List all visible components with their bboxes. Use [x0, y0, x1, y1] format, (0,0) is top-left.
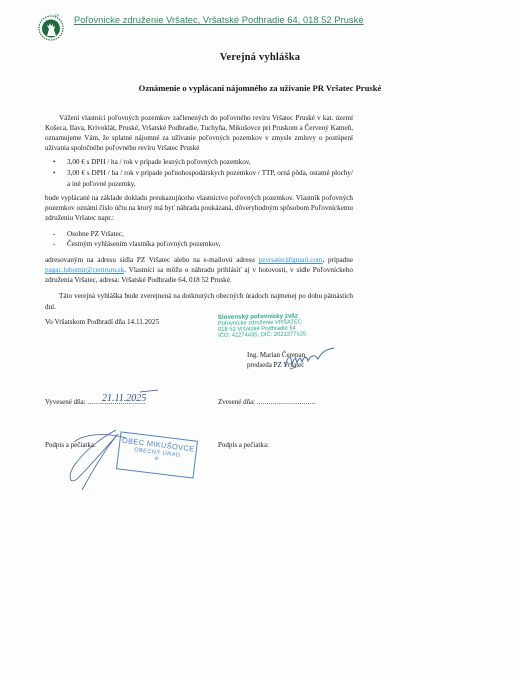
- email-link-pzvrsatec[interactable]: pzvrsatec@gmail.com: [259, 256, 323, 264]
- svg-text:SP: SP: [54, 13, 60, 18]
- deer-logo-icon: SP: [36, 12, 66, 42]
- chairman-signature-icon: [282, 345, 342, 373]
- address-text-2: , prípadne: [323, 256, 354, 264]
- rates-list: 3,00 € s DPH / ha / rok v prípade lesnýc…: [45, 157, 353, 188]
- stamp-line-4: IČO: 42274435, DIČ: 2021377525: [218, 331, 328, 339]
- place-date: Vo Vršatskom Podhradí dňa 14.11.2025: [45, 318, 159, 326]
- posted-label: Vyvesené dňa:: [45, 398, 86, 406]
- rate-forest: 3,00 € s DPH / ha / rok v prípade lesnýc…: [45, 157, 353, 167]
- removed-date-field: Zvesené dňa: ...........................…: [218, 398, 315, 406]
- closing-paragraph: Táto verejná vyhláška bude zverejnená na…: [45, 291, 353, 311]
- letterhead: SP Poľovnicke združenie Vršatec, Vršatsk…: [36, 12, 364, 42]
- document-subtitle: Oznámenie o vyplácaní nájomného za užíva…: [0, 83, 520, 93]
- municipal-stamp: OBEC MIKUŠOVCE OBECNÝ ÚRAD ④: [116, 431, 198, 478]
- rate-agricultural: 3,00 € s DPH / ha / rok v prípade poľnoh…: [45, 168, 353, 188]
- organization-address-link[interactable]: Poľovnicke združenie Vršatec, Vršatské P…: [74, 15, 364, 25]
- method-declaration: Čestným vyhlásením vlastníka poľovných p…: [45, 239, 353, 249]
- payment-paragraph: bude vyplácané na základe dokladu preuka…: [45, 193, 353, 223]
- handwritten-posted-date-icon: 21.11.2025: [100, 389, 160, 405]
- intro-paragraph: Vážení vlastníci poľovných pozemkov začl…: [45, 113, 353, 153]
- signature-label-right: Podpis a pečiatka:: [218, 441, 269, 449]
- document-title: Verejná vyhláška: [0, 52, 520, 63]
- email-link-pagac[interactable]: pagac.lubomir@centrum.sk: [45, 266, 124, 274]
- method-in-person: Osobne PZ Vršatec,: [45, 229, 353, 239]
- signature-label-left: Podpis a pečiatka:: [45, 441, 96, 449]
- removed-dots: ..............................: [257, 398, 316, 406]
- address-text-1: adresovaným na adresu sídla PZ Vršatec a…: [45, 256, 259, 264]
- removed-label: Zvesené dňa:: [218, 398, 255, 406]
- document-page: SP Poľovnicke združenie Vršatec, Vršatsk…: [0, 0, 520, 680]
- association-stamp: Slovenský poľovnícky zväz Poľovnícke zdr…: [218, 313, 328, 339]
- methods-list: Osobne PZ Vršatec, Čestným vyhlásením vl…: [45, 229, 353, 249]
- document-body: Vážení vlastníci poľovných pozemkov začl…: [45, 113, 353, 312]
- address-paragraph: adresovaným na adresu sídla PZ Vršatec a…: [45, 255, 353, 285]
- handwritten-posted-date: 21.11.2025: [102, 393, 146, 404]
